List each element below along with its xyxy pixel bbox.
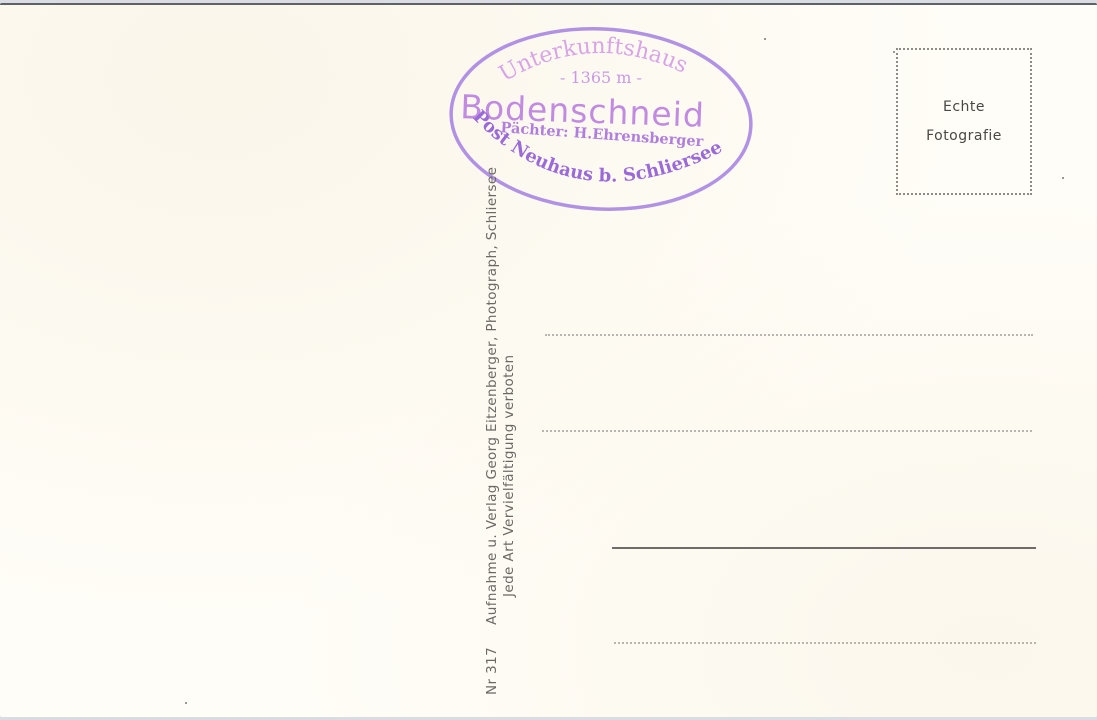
publisher-credit: Aufnahme u. Verlag Georg Eitzenberger, P… xyxy=(484,167,500,625)
address-line-2 xyxy=(542,430,1032,432)
address-line-3 xyxy=(612,547,1036,549)
postcard-back: Unterkunftshaus - 1365 m - Bodenschneid … xyxy=(0,3,1097,717)
card-number: Nr 317 xyxy=(484,647,500,695)
speck xyxy=(1062,177,1064,179)
stamp-box-line1: Echte xyxy=(943,93,985,122)
stamp-box-line2: Fotografie xyxy=(926,122,1002,151)
address-line-1 xyxy=(545,334,1033,336)
speck xyxy=(893,51,895,53)
speck xyxy=(764,38,766,40)
publisher-imprint: Nr 317Aufnahme u. Verlag Georg Eitzenber… xyxy=(484,167,518,695)
address-line-4 xyxy=(614,642,1036,644)
postmark-altitude: - 1365 m - xyxy=(560,68,642,87)
speck xyxy=(185,702,187,704)
copyright-notice: Jede Art Vervielfältigung verboten xyxy=(501,167,518,695)
stamp-placement-box: Echte Fotografie xyxy=(896,48,1032,195)
